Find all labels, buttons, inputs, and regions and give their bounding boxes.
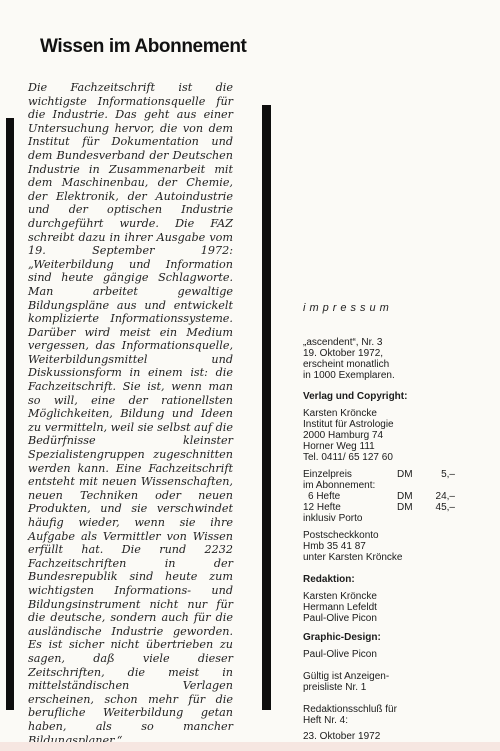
bank-account-block: Postscheckkonto Hmb 35 41 87 unter Karst… bbox=[303, 530, 455, 563]
magazine-page: Wissen im Abonnement Die Fachzeitschrift… bbox=[0, 0, 500, 751]
impressum-column: impressum „ascendent“, Nr. 3 19. Oktober… bbox=[303, 303, 455, 742]
price-label: Einzelpreis bbox=[303, 469, 397, 480]
price-row: 12 Hefte DM 45,– bbox=[303, 502, 455, 513]
price-row: Einzelpreis DM 5,– bbox=[303, 469, 455, 480]
price-currency: DM bbox=[397, 502, 427, 513]
price-amount: 45,– bbox=[427, 502, 455, 513]
notice-line: preisliste Nr. 1 bbox=[303, 682, 455, 693]
issue-frequency-line: erscheint monatlich bbox=[303, 359, 455, 370]
editor-name-line: Paul-Olive Picon bbox=[303, 613, 455, 624]
price-label: 6 Hefte bbox=[303, 491, 397, 502]
notice-line: Gültig ist Anzeigen- bbox=[303, 671, 455, 682]
publisher-city-line: 2000 Hamburg 74 bbox=[303, 430, 455, 441]
price-amount bbox=[427, 513, 455, 524]
graphic-design-block: Graphic-Design: Paul-Olive Picon bbox=[303, 632, 455, 660]
price-currency: DM bbox=[397, 469, 427, 480]
bank-number-line: Hmb 35 41 87 bbox=[303, 541, 455, 552]
deadline-line: Heft Nr. 4: bbox=[303, 715, 455, 726]
publisher-label: Verlag und Copyright: bbox=[303, 391, 455, 402]
publisher-institute-line: Institut für Astrologie bbox=[303, 419, 455, 430]
editorial-label: Redaktion: bbox=[303, 574, 455, 585]
page-bottom-edge bbox=[0, 742, 500, 751]
price-amount bbox=[427, 480, 455, 491]
page-title: Wissen im Abonnement bbox=[40, 36, 246, 58]
article-body-text: Die Fachzeitschrift ist die wichtigste I… bbox=[28, 81, 233, 747]
deadline-date: 23. Oktober 1972 bbox=[303, 731, 455, 742]
designer-name-line: Paul-Olive Picon bbox=[303, 649, 455, 660]
issue-date-line: 19. Oktober 1972, bbox=[303, 348, 455, 359]
issue-circulation-line: in 1000 Exemplaren. bbox=[303, 370, 455, 381]
ad-pricelist-notice-block: Gültig ist Anzeigen- preisliste Nr. 1 bbox=[303, 671, 455, 693]
price-label: 12 Hefte bbox=[303, 502, 397, 513]
price-amount: 24,– bbox=[427, 491, 455, 502]
price-label: im Abonnement: bbox=[303, 480, 397, 491]
editor-name-line: Hermann Lefeldt bbox=[303, 602, 455, 613]
price-row: inklusiv Porto bbox=[303, 513, 455, 524]
price-currency bbox=[397, 480, 427, 491]
price-label: inklusiv Porto bbox=[303, 513, 397, 524]
publisher-name-line: Karsten Kröncke bbox=[303, 408, 455, 419]
issue-info-block: „ascendent“, Nr. 3 19. Oktober 1972, ers… bbox=[303, 337, 455, 381]
impressum-heading: impressum bbox=[303, 303, 455, 314]
price-amount: 5,– bbox=[427, 469, 455, 480]
price-row: 6 Hefte DM 24,– bbox=[303, 491, 455, 502]
issue-title-line: „ascendent“, Nr. 3 bbox=[303, 337, 455, 348]
editorial-block: Redaktion: Karsten Kröncke Hermann Lefel… bbox=[303, 574, 455, 624]
price-list-block: Einzelpreis DM 5,– im Abonnement: 6 Heft… bbox=[303, 469, 455, 524]
right-accent-bar bbox=[262, 105, 271, 710]
graphic-design-label: Graphic-Design: bbox=[303, 632, 455, 643]
left-accent-bar bbox=[6, 118, 14, 710]
bank-type-line: Postscheckkonto bbox=[303, 530, 455, 541]
publisher-street-line: Horner Weg 111 bbox=[303, 441, 455, 452]
publisher-phone-line: Tel. 0411/ 65 127 60 bbox=[303, 452, 455, 463]
price-currency bbox=[397, 513, 427, 524]
editor-name-line: Karsten Kröncke bbox=[303, 591, 455, 602]
price-currency: DM bbox=[397, 491, 427, 502]
editorial-deadline-block: Redaktionsschluß für Heft Nr. 4: bbox=[303, 704, 455, 726]
publisher-block: Verlag und Copyright: Karsten Kröncke In… bbox=[303, 391, 455, 463]
deadline-line: Redaktionsschluß für bbox=[303, 704, 455, 715]
bank-holder-line: unter Karsten Kröncke bbox=[303, 552, 455, 563]
price-row: im Abonnement: bbox=[303, 480, 455, 491]
